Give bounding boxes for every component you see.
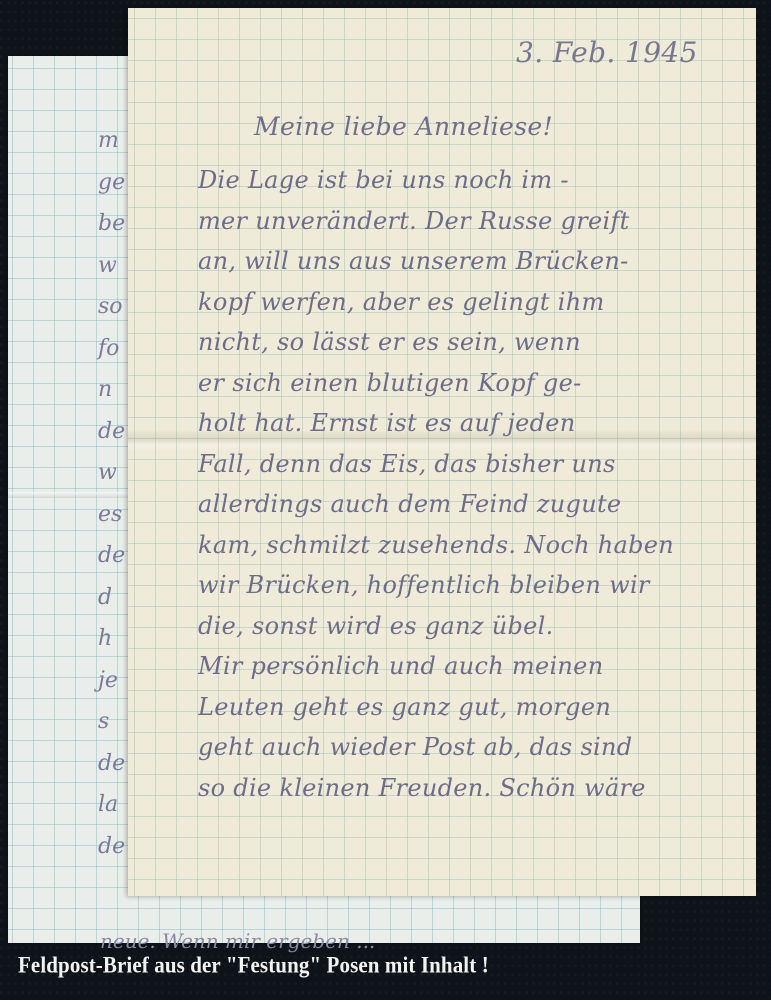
back-fragment: ge bbox=[98, 162, 125, 204]
letter-line: so die kleinen Freuden. Schön wäre bbox=[198, 768, 743, 809]
image-caption: Feldpost-Brief aus der "Festung" Posen m… bbox=[18, 952, 489, 979]
letter-line: Fall, denn das Eis, das bisher uns bbox=[198, 444, 743, 485]
back-fragment: de bbox=[98, 743, 125, 785]
back-fragment: de bbox=[98, 535, 125, 577]
letter-line: holt hat. Ernst ist es auf jeden bbox=[198, 403, 743, 444]
letter-line: mer unverändert. Der Russe greift bbox=[198, 201, 743, 242]
letter-front-page: 3. Feb. 1945 Meine liebe Anneliese! Die … bbox=[128, 8, 756, 896]
back-fragment: m bbox=[98, 120, 125, 162]
letter-salutation: Meine liebe Anneliese! bbox=[254, 112, 553, 141]
back-fragment: w bbox=[98, 452, 125, 494]
back-page-bottom-line: neue. Wenn mir ergeben ... bbox=[100, 929, 375, 953]
back-fragment: fo bbox=[98, 328, 125, 370]
letter-line: kopf werfen, aber es gelingt ihm bbox=[198, 282, 743, 323]
letter-line: kam, schmilzt zusehends. Noch haben bbox=[198, 525, 743, 566]
letter-line: nicht, so lässt er es sein, wenn bbox=[198, 322, 743, 363]
letter-line: die, sonst wird es ganz übel. bbox=[198, 606, 743, 647]
back-fragment: w bbox=[98, 245, 125, 287]
letter-date: 3. Feb. 1945 bbox=[516, 36, 698, 69]
back-fragment: je bbox=[98, 660, 125, 702]
back-fragment: la bbox=[98, 784, 125, 826]
letter-line: er sich einen blutigen Kopf ge- bbox=[198, 363, 743, 404]
back-fragment: es bbox=[98, 494, 125, 536]
letter-line: allerdings auch dem Feind zugute bbox=[198, 484, 743, 525]
letter-line: an, will uns aus unserem Brücken- bbox=[198, 241, 743, 282]
back-page-text-fragments: m ge be w so fo n de w es de d h je s de… bbox=[98, 120, 125, 867]
back-fragment: so bbox=[98, 286, 125, 328]
back-fragment: de bbox=[98, 826, 125, 868]
back-fragment: d bbox=[98, 577, 125, 619]
letter-body: Die Lage ist bei uns noch im - mer unver… bbox=[198, 160, 743, 808]
back-fragment: h bbox=[98, 618, 125, 660]
back-fragment: n bbox=[98, 369, 125, 411]
back-fragment: be bbox=[98, 203, 125, 245]
letter-line: Leuten geht es ganz gut, morgen bbox=[198, 687, 743, 728]
letter-line: geht auch wieder Post ab, das sind bbox=[198, 727, 743, 768]
letter-line: wir Brücken, hoffentlich bleiben wir bbox=[198, 565, 743, 606]
letter-line: Mir persönlich und auch meinen bbox=[198, 646, 743, 687]
back-fragment: de bbox=[98, 411, 125, 453]
letter-line: Die Lage ist bei uns noch im - bbox=[198, 160, 743, 201]
back-fragment: s bbox=[98, 701, 125, 743]
